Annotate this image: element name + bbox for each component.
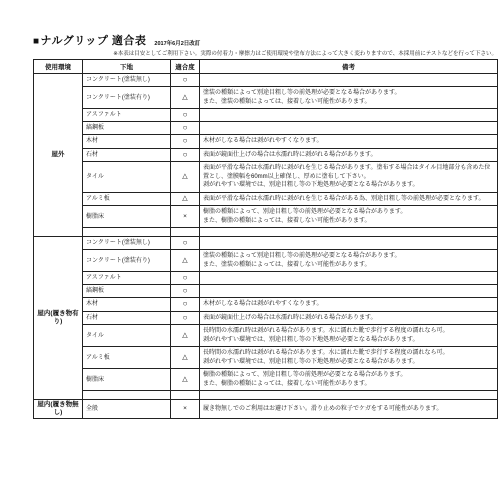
remarks-cell: 表面が鏡面仕上げの場合は水濡れ時に剥がれる場合があります。	[200, 148, 498, 162]
remarks-cell: 長時間の水濡れ時は剥がれる場合があります。水に濡れた靴で歩行する程度の濡れなら可…	[200, 325, 498, 347]
table-row: 木材○木材がしなる場合は剥がれやすくなります。	[34, 298, 498, 312]
substrate-cell: コンクリート(塗装無し)	[83, 237, 171, 250]
remarks-cell	[200, 122, 498, 135]
substrate-cell: 石材	[83, 148, 171, 162]
rating-cell: ○	[171, 272, 200, 285]
remarks-cell: 履き物無しでのご利用はお避け下さい。滑り止めの粒子でケガをする可能性があります。	[200, 400, 498, 419]
spacer-rating-cell	[171, 391, 200, 400]
table-row: 石材○表面が鏡面仕上げの場合は水濡れ時に剥がれる場合があります。	[34, 311, 498, 325]
remarks-cell: 塗装の種類によって別途目粗し等の前処理が必要となる場合があります。 また、塗装の…	[200, 87, 498, 109]
header-environment: 使用環境	[34, 60, 83, 74]
remarks-cell: 樹脂の種類によって、別途目粗し等の前処理が必要となる場合があります。 また、樹脂…	[200, 369, 498, 391]
rating-cell: ○	[171, 237, 200, 250]
substrate-cell: アスファルト	[83, 272, 171, 285]
substrate-cell: タイル	[83, 325, 171, 347]
remarks-cell	[200, 109, 498, 122]
table-body: 屋外コンクリート(塗装無し)○コンクリート(塗装有り)△塗装の種類によって別途目…	[34, 74, 498, 419]
rating-cell: ○	[171, 311, 200, 325]
rating-cell: △	[171, 87, 200, 109]
substrate-cell: 樹脂床	[83, 369, 171, 391]
square-bullet-icon: ■	[33, 36, 40, 47]
substrate-cell: コンクリート(塗装無し)	[83, 74, 171, 87]
table-row: 屋外コンクリート(塗装無し)○	[34, 74, 498, 87]
rating-cell: △	[171, 325, 200, 347]
table-row: アルミ板△長時間の水濡れ時は剥がれる場合があります。水に濡れた靴で歩行する程度の…	[34, 347, 498, 369]
page-title: ■ナルグリップ 適合表	[33, 32, 146, 48]
environment-cell: 屋内(履き物有り)	[34, 237, 83, 400]
table-row: アスファルト○	[34, 109, 498, 122]
header-remarks: 備考	[200, 60, 498, 74]
table-row: タイル△長時間の水濡れ時は剥がれる場合があります。水に濡れた靴で歩行する程度の濡…	[34, 325, 498, 347]
spacer-substrate-cell	[83, 228, 171, 237]
compatibility-table: 使用環境 下地 適合度 備考 屋外コンクリート(塗装無し)○コンクリート(塗装有…	[33, 59, 498, 419]
remarks-cell	[200, 74, 498, 87]
rating-cell: ○	[171, 109, 200, 122]
spacer-rating-cell	[171, 228, 200, 237]
substrate-cell: 縞鋼板	[83, 285, 171, 298]
remarks-cell: 木材がしなる場合は剥がれやすくなります。	[200, 298, 498, 312]
environment-cell: 屋外	[34, 74, 83, 237]
table-row: 屋内(履き物有り)コンクリート(塗装無し)○	[34, 237, 498, 250]
rating-cell: ○	[171, 74, 200, 87]
disclaimer-note: ※本表は目安としてご利用下さい。実際の付着力・摩擦力はご使用環境や塗布方法によっ…	[33, 49, 497, 57]
table-header-row: 使用環境 下地 適合度 備考	[34, 60, 498, 74]
rating-cell: ○	[171, 135, 200, 149]
spacer-row	[34, 228, 498, 237]
table-row: 樹脂床△樹脂の種類によって、別途目粗し等の前処理が必要となる場合があります。 ま…	[34, 369, 498, 391]
substrate-cell: 木材	[83, 298, 171, 312]
rating-cell: ×	[171, 206, 200, 228]
remarks-cell	[200, 237, 498, 250]
table-row: コンクリート(塗装有り)△塗装の種類によって別途目粗し等の前処理が必要となる場合…	[34, 250, 498, 272]
remarks-cell: 表面が平滑な場合は水濡れ時に剥がれを生じる場合がある為、別途目粗し等の前処理が必…	[200, 192, 498, 206]
rating-cell: △	[171, 369, 200, 391]
substrate-cell: アルミ板	[83, 347, 171, 369]
rating-cell: ○	[171, 285, 200, 298]
title-row: ■ナルグリップ 適合表 2017年6月2日改訂	[33, 34, 497, 48]
table-row: 縞鋼板○	[34, 122, 498, 135]
table-row: 石材○表面が鏡面仕上げの場合は水濡れ時に剥がれる場合があります。	[34, 148, 498, 162]
table-row: 木材○木材がしなる場合は剥がれやすくなります。	[34, 135, 498, 149]
rating-cell: ○	[171, 148, 200, 162]
rating-cell: ○	[171, 122, 200, 135]
substrate-cell: コンクリート(塗装有り)	[83, 87, 171, 109]
substrate-cell: タイル	[83, 162, 171, 193]
spacer-remarks-cell	[200, 228, 498, 237]
remarks-cell: 木材がしなる場合は剥がれやすくなります。	[200, 135, 498, 149]
table-row: アルミ板△表面が平滑な場合は水濡れ時に剥がれを生じる場合がある為、別途目粗し等の…	[34, 192, 498, 206]
rating-cell: △	[171, 347, 200, 369]
substrate-cell: 樹脂床	[83, 206, 171, 228]
substrate-cell: アスファルト	[83, 109, 171, 122]
rating-cell: △	[171, 162, 200, 193]
spacer-row	[34, 391, 498, 400]
rating-cell: △	[171, 192, 200, 206]
table-row: 縞鋼板○	[34, 285, 498, 298]
table-row: 屋内(履き物無し)全般×履き物無しでのご利用はお避け下さい。滑り止めの粒子でケガ…	[34, 400, 498, 419]
rating-cell: △	[171, 250, 200, 272]
header-substrate: 下地	[83, 60, 171, 74]
remarks-cell	[200, 285, 498, 298]
page-title-text: ナルグリップ 適合表	[41, 35, 147, 47]
environment-cell: 屋内(履き物無し)	[34, 400, 83, 419]
remarks-cell: 長時間の水濡れ時は剥がれる場合があります。水に濡れた靴で歩行する程度の濡れなら可…	[200, 347, 498, 369]
spacer-substrate-cell	[83, 391, 171, 400]
substrate-cell: アルミ板	[83, 192, 171, 206]
table-row: タイル△表面が平滑な場合は水濡れ時に剥がれを生じる場合があります。塗布する場合は…	[34, 162, 498, 193]
substrate-cell: コンクリート(塗装有り)	[83, 250, 171, 272]
document-page: ■ナルグリップ 適合表 2017年6月2日改訂 ※本表は目安としてご利用下さい。…	[0, 0, 500, 419]
substrate-cell: 木材	[83, 135, 171, 149]
table-row: アスファルト○	[34, 272, 498, 285]
rating-cell: ○	[171, 298, 200, 312]
substrate-cell: 縞鋼板	[83, 122, 171, 135]
remarks-cell: 表面が平滑な場合は水濡れ時に剥がれを生じる場合があります。塗布する場合はタイル目…	[200, 162, 498, 193]
substrate-cell: 石材	[83, 311, 171, 325]
revision-date: 2017年6月2日改訂	[154, 39, 200, 48]
header-rating: 適合度	[171, 60, 200, 74]
remarks-cell	[200, 272, 498, 285]
remarks-cell: 表面が鏡面仕上げの場合は水濡れ時に剥がれる場合があります。	[200, 311, 498, 325]
rating-cell: ×	[171, 400, 200, 419]
remarks-cell: 樹脂の種類によって、別途目粗し等の前処理が必要となる場合があります。 また、樹脂…	[200, 206, 498, 228]
spacer-remarks-cell	[200, 391, 498, 400]
table-row: 樹脂床×樹脂の種類によって、別途目粗し等の前処理が必要となる場合があります。 ま…	[34, 206, 498, 228]
remarks-cell: 塗装の種類によって別途目粗し等の前処理が必要となる場合があります。 また、塗装の…	[200, 250, 498, 272]
substrate-cell: 全般	[83, 400, 171, 419]
table-row: コンクリート(塗装有り)△塗装の種類によって別途目粗し等の前処理が必要となる場合…	[34, 87, 498, 109]
